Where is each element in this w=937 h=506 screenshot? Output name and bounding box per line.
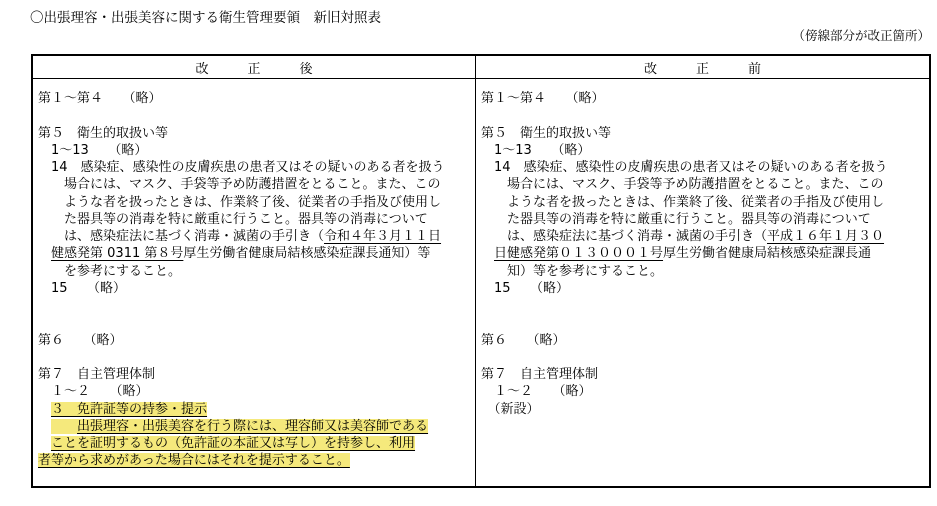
comparison-table: 改 正 後 改 正 前 第１～第４ （略） 第５ 衛生的取扱い等 1～13 （略… bbox=[31, 54, 931, 488]
text-line: 第１～第４ （略） bbox=[481, 90, 925, 107]
text-line: 第１～第４ （略） bbox=[38, 90, 471, 107]
text-line: 知）等を参考にすること。 bbox=[481, 263, 925, 280]
text-line: 15 （略） bbox=[38, 280, 471, 297]
text-segment: 第１～第４ （略） bbox=[38, 91, 162, 106]
text-segment: 場合には、マスク、手袋等予め防護措置をとること。また、この bbox=[38, 177, 440, 192]
text-line: （新設） bbox=[481, 401, 925, 418]
text-segment bbox=[481, 246, 494, 261]
text-line: ような者を扱ったときは、作業終了後、従業者の手指及び使用し bbox=[481, 194, 925, 211]
text-segment: １～２ （略） bbox=[38, 384, 149, 399]
text-line: １～２ （略） bbox=[38, 383, 471, 400]
text-segment bbox=[38, 436, 51, 451]
text-segment: 厚生労働省健康局結核感染症課長通 bbox=[663, 246, 871, 261]
text-line: 出張理容・出張美容を行う際には、理容師又は美容師である bbox=[38, 418, 471, 435]
text-line: 第５ 衛生的取扱い等 bbox=[481, 125, 925, 142]
text-line: 第５ 衛生的取扱い等 bbox=[38, 125, 471, 142]
text-segment: 第５ 衛生的取扱い等 bbox=[481, 126, 611, 141]
highlighted-revision-text: ことを証明するもの（免許証の本証又は写し）を持参し、利用 bbox=[51, 436, 415, 451]
text-line bbox=[481, 107, 925, 124]
text-line: ような者を扱ったときは、作業終了後、従業者の手指及び使用し bbox=[38, 194, 471, 211]
text-segment: 第１～第４ （略） bbox=[481, 91, 605, 106]
text-line: は、感染症法に基づく消毒・滅菌の手引き（平成１６年１月３０ bbox=[481, 228, 925, 245]
column-body-before: 第１～第４ （略） 第５ 衛生的取扱い等 1～13 （略） 14 感染症、感染性… bbox=[475, 79, 929, 486]
text-line: は、感染症法に基づく消毒・滅菌の手引き（令和４年３月１１日 bbox=[38, 228, 471, 245]
text-segment: た器具等の消毒を特に厳重に行うこと。器具等の消毒について bbox=[38, 212, 428, 227]
text-segment: 15 （略） bbox=[38, 281, 126, 296]
text-segment: 第５ 衛生的取扱い等 bbox=[38, 126, 168, 141]
text-line bbox=[38, 349, 471, 366]
text-line: 健感発第 0311 第８号厚生労働省健康局結核感染症課長通知）等 bbox=[38, 245, 471, 262]
text-line: を参考にすること。 bbox=[38, 263, 471, 280]
text-segment: １～２ （略） bbox=[481, 384, 592, 399]
text-line: た器具等の消毒を特に厳重に行うこと。器具等の消毒について bbox=[38, 211, 471, 228]
text-line: 第６ （略） bbox=[481, 332, 925, 349]
text-segment: 知）等を参考にすること。 bbox=[481, 264, 663, 279]
text-line bbox=[38, 107, 471, 124]
text-line: １～２ （略） bbox=[481, 383, 925, 400]
text-segment: 第７ 自主管理体制 bbox=[38, 367, 155, 382]
revision-note: （傍線部分が改正箇所） bbox=[792, 26, 930, 44]
text-segment: 1～13 （略） bbox=[481, 143, 590, 158]
highlighted-revision-text bbox=[51, 419, 77, 434]
text-segment: 1～13 （略） bbox=[38, 143, 147, 158]
text-line: ことを証明するもの（免許証の本証又は写し）を持参し、利用 bbox=[38, 435, 471, 452]
text-segment: 厚生労働省健康局結核感染症課長通知）等 bbox=[183, 246, 430, 261]
text-segment: 14 感染症、感染性の皮膚疾患の患者又はその疑いのある者を扱う bbox=[481, 160, 888, 175]
column-body-after: 第１～第４ （略） 第５ 衛生的取扱い等 1～13 （略） 14 感染症、感染性… bbox=[33, 79, 475, 486]
text-line: 第７ 自主管理体制 bbox=[481, 366, 925, 383]
text-segment: （新設） bbox=[481, 402, 540, 417]
text-line: 15 （略） bbox=[481, 280, 925, 297]
text-segment: 第７ 自主管理体制 bbox=[481, 367, 598, 382]
underlined-revision-text: 平成１６年１月３０ bbox=[767, 229, 884, 244]
document-page: 〇出張理容・出張美容に関する衛生管理要領 新旧対照表 （傍線部分が改正箇所） 改… bbox=[0, 0, 937, 506]
text-segment: は、感染症法に基づく消毒・滅菌の手引き（ bbox=[38, 229, 324, 244]
highlighted-revision-text: 者等から求めがあった場合にはそれを提示すること。 bbox=[38, 453, 350, 468]
text-segment bbox=[38, 402, 51, 417]
text-line: 14 感染症、感染性の皮膚疾患の患者又はその疑いのある者を扱う bbox=[481, 159, 925, 176]
column-header-after: 改 正 後 bbox=[33, 56, 475, 79]
text-line: 14 感染症、感染性の皮膚疾患の患者又はその疑いのある者を扱う bbox=[38, 159, 471, 176]
text-segment bbox=[38, 419, 51, 434]
text-line: ３ 免許証等の持参・提示 bbox=[38, 401, 471, 418]
text-line: た器具等の消毒を特に厳重に行うこと。器具等の消毒について bbox=[481, 211, 925, 228]
text-segment: 14 感染症、感染性の皮膚疾患の患者又はその疑いのある者を扱う bbox=[38, 160, 445, 175]
text-segment: 第６ （略） bbox=[38, 333, 123, 348]
text-line: 第６ （略） bbox=[38, 332, 471, 349]
text-line bbox=[38, 297, 471, 314]
highlighted-revision-text: ３ 免許証等の持参・提示 bbox=[51, 402, 207, 417]
text-line: 第７ 自主管理体制 bbox=[38, 366, 471, 383]
text-line: 日健感発第０１３０００１号厚生労働省健康局結核感染症課長通 bbox=[481, 245, 925, 262]
text-segment: を参考にすること。 bbox=[38, 264, 181, 279]
text-segment: 場合には、マスク、手袋等予め防護措置をとること。また、この bbox=[481, 177, 883, 192]
underlined-revision-text: 日健感発第０１３０００１号 bbox=[494, 246, 663, 261]
text-line bbox=[481, 349, 925, 366]
text-line bbox=[38, 314, 471, 331]
text-segment: は、感染症法に基づく消毒・滅菌の手引き（ bbox=[481, 229, 767, 244]
column-header-before: 改 正 前 bbox=[475, 56, 929, 79]
text-segment bbox=[38, 246, 51, 261]
text-segment: ような者を扱ったときは、作業終了後、従業者の手指及び使用し bbox=[481, 195, 884, 210]
text-segment: た器具等の消毒を特に厳重に行うこと。器具等の消毒について bbox=[481, 212, 871, 227]
document-title: 〇出張理容・出張美容に関する衛生管理要領 新旧対照表 bbox=[30, 6, 381, 26]
highlighted-revision-text: 出張理容・出張美容を行う際には、理容師又は美容師である bbox=[77, 419, 428, 434]
text-line: 1～13 （略） bbox=[481, 142, 925, 159]
text-segment: ような者を扱ったときは、作業終了後、従業者の手指及び使用し bbox=[38, 195, 441, 210]
text-line bbox=[481, 297, 925, 314]
text-line: 場合には、マスク、手袋等予め防護措置をとること。また、この bbox=[481, 176, 925, 193]
underlined-revision-text: 健感発第 0311 第８号 bbox=[51, 246, 183, 261]
text-segment: 15 （略） bbox=[481, 281, 569, 296]
text-line: 者等から求めがあった場合にはそれを提示すること。 bbox=[38, 452, 471, 469]
text-segment: 第６ （略） bbox=[481, 333, 566, 348]
text-line: 場合には、マスク、手袋等予め防護措置をとること。また、この bbox=[38, 176, 471, 193]
underlined-revision-text: 令和４年３月１１日 bbox=[324, 229, 441, 244]
text-line bbox=[481, 314, 925, 331]
text-line: 1～13 （略） bbox=[38, 142, 471, 159]
